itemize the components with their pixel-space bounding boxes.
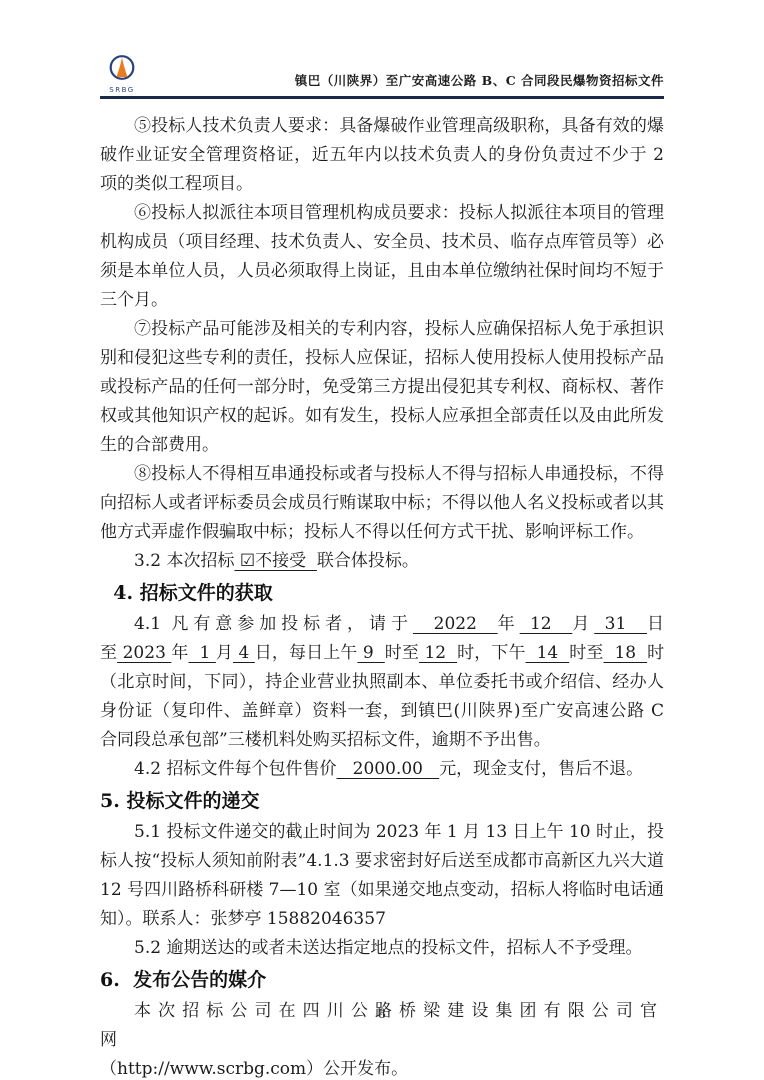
text-segment: 时，下午 (457, 643, 525, 663)
srbg-logo-icon (104, 54, 140, 85)
paragraph-item-7: ⑦投标产品可能涉及相关的专利内容，投标人应确保招标人免于承担识别和侵犯这些专利的… (100, 315, 664, 460)
blank-field-afternoon-from: 14 (526, 643, 570, 663)
clause-3-2: 3.2 本次招标 ☑不接受 联合体投标。 (100, 547, 664, 576)
blank-field-morning-to: 12 (419, 643, 457, 663)
text-segment: 3.2 本次招标 (134, 551, 234, 571)
srbg-logo-text: SRBG (109, 86, 134, 94)
blank-field-day-start: 31 (594, 614, 647, 634)
clause-5-2: 5.2 逾期送达的或者未送达指定地点的投标文件，招标人不予受理。 (100, 934, 664, 963)
text-segment: 日，每日上午 (255, 643, 358, 663)
checked-checkbox-not-accept: ☑不接受 (234, 551, 316, 571)
text-segment: 月 (572, 614, 594, 634)
blank-field-year-start: 2022 (413, 614, 498, 634)
blank-field-day-end: 4 (233, 643, 255, 663)
document-body: ⑤投标人技术负责人要求：具备爆破作业管理高级职称，具备有效的爆破作业证安全管理资… (100, 112, 664, 1080)
clause-5-1: 5.1 投标文件递交的截止时间为 2023 年 1 月 13 日上午 10 时止… (100, 818, 664, 934)
text-segment: 联合体投标。 (317, 551, 419, 571)
section-4-heading: 4. 招标文件的获取 (100, 576, 664, 610)
clause-4-2: 4.2 招标文件每个包件售价 2000.00 元，现金支付，售后不退。 (100, 755, 664, 784)
paragraph-item-8: ⑧投标人不得相互串通投标或者与投标人不得与招标人串通投标，不得向招标人或者评标委… (100, 460, 664, 547)
page-number: 8 (378, 1007, 386, 1022)
text-segment: 时至 (569, 643, 603, 663)
paragraph-item-6: ⑥投标人拟派往本项目管理机构成员要求：投标人拟派往本项目的管理机构成员（项目经理… (100, 199, 664, 315)
document-header-title: 镇巴（川陕界）至广安高速公路 B、C 合同段民爆物资招标文件 (295, 71, 664, 94)
clause-6-line-2: （http://www.scrbg.com）公开发布。 (100, 1055, 664, 1080)
text-segment: 年 (171, 643, 188, 663)
blank-field-year-end: 2023 (117, 643, 171, 663)
blank-field-morning-from: 9 (357, 643, 384, 663)
text-segment: 年 (498, 614, 520, 634)
section-6-heading: 6. 发布公告的媒介 (100, 963, 664, 997)
text-segment: 元，现金支付，售后不退。 (439, 759, 643, 779)
clause-4-1: 4.1 凡有意参加投标者，请于 2022 年 12 月 31 日至 2023 年… (100, 610, 664, 755)
paragraph-item-5: ⑤投标人技术负责人要求：具备爆破作业管理高级职称，具备有效的爆破作业证安全管理资… (100, 112, 664, 199)
srbg-logo: SRBG (100, 54, 144, 94)
blank-field-afternoon-to: 18 (603, 643, 647, 663)
blank-field-month-start: 12 (520, 614, 573, 634)
text-segment: 月 (216, 643, 233, 663)
blank-field-month-end: 1 (189, 643, 216, 663)
text-segment: 时至 (385, 643, 419, 663)
blank-field-price: 2000.00 (336, 759, 439, 779)
document-page: SRBG 镇巴（川陕界）至广安高速公路 B、C 合同段民爆物资招标文件 ⑤投标人… (0, 0, 764, 1080)
page-header: SRBG 镇巴（川陕界）至广安高速公路 B、C 合同段民爆物资招标文件 (100, 54, 664, 99)
section-5-heading: 5. 投标文件的递交 (100, 784, 664, 818)
text-segment: 4.1 凡有意参加投标者，请于 (134, 614, 413, 634)
text-segment: 4.2 招标文件每个包件售价 (134, 759, 336, 779)
page-footer: 8 (0, 1003, 764, 1022)
